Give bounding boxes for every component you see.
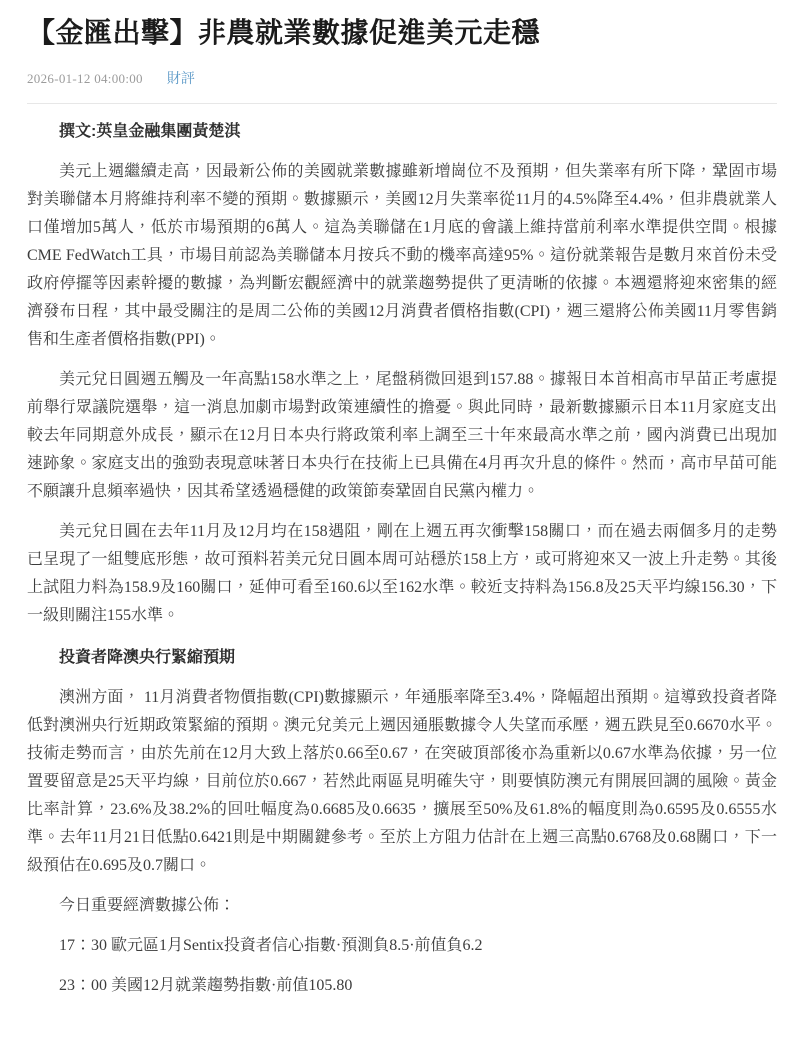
article-paragraph-4: 澳洲方面， 11月消費者物價指數(CPI)數據顯示，年通脹率降至3.4%，降幅超… [27, 684, 777, 880]
byline: 撰文:英皇金融集團黃楚淇 [27, 118, 777, 146]
publish-timestamp: 2026-01-12 04:00:00 [27, 71, 143, 87]
header-divider [27, 103, 777, 104]
calendar-item-1: 17：30 歐元區1月Sentix投資者信心指數·預測負8.5·前值負6.2 [27, 932, 777, 960]
page-title: 【金匯出擊】非農就業數據促進美元走穩 [27, 14, 777, 52]
article-paragraph-2: 美元兌日圓週五觸及一年高點158水準之上，尾盤稍微回退到157.88。據報日本首… [27, 366, 777, 506]
category-link[interactable]: 財評 [167, 68, 195, 88]
section-heading: 投資者降澳央行緊縮預期 [27, 644, 777, 672]
article-paragraph-1: 美元上週繼續走高，因最新公佈的美國就業數據雖新增崗位不及預期，但失業率有所下降，… [27, 158, 777, 354]
calendar-intro: 今日重要經濟數據公佈： [27, 892, 777, 920]
article-page: 【金匯出擊】非農就業數據促進美元走穩 2026-01-12 04:00:00 財… [0, 0, 804, 1052]
article-meta: 2026-01-12 04:00:00 財評 [27, 68, 777, 88]
calendar-item-2: 23：00 美國12月就業趨勢指數·前值105.80 [27, 972, 777, 1000]
article-paragraph-3: 美元兌日圓在去年11月及12月均在158遇阻，剛在上週五再次衝擊158關口，而在… [27, 518, 777, 630]
